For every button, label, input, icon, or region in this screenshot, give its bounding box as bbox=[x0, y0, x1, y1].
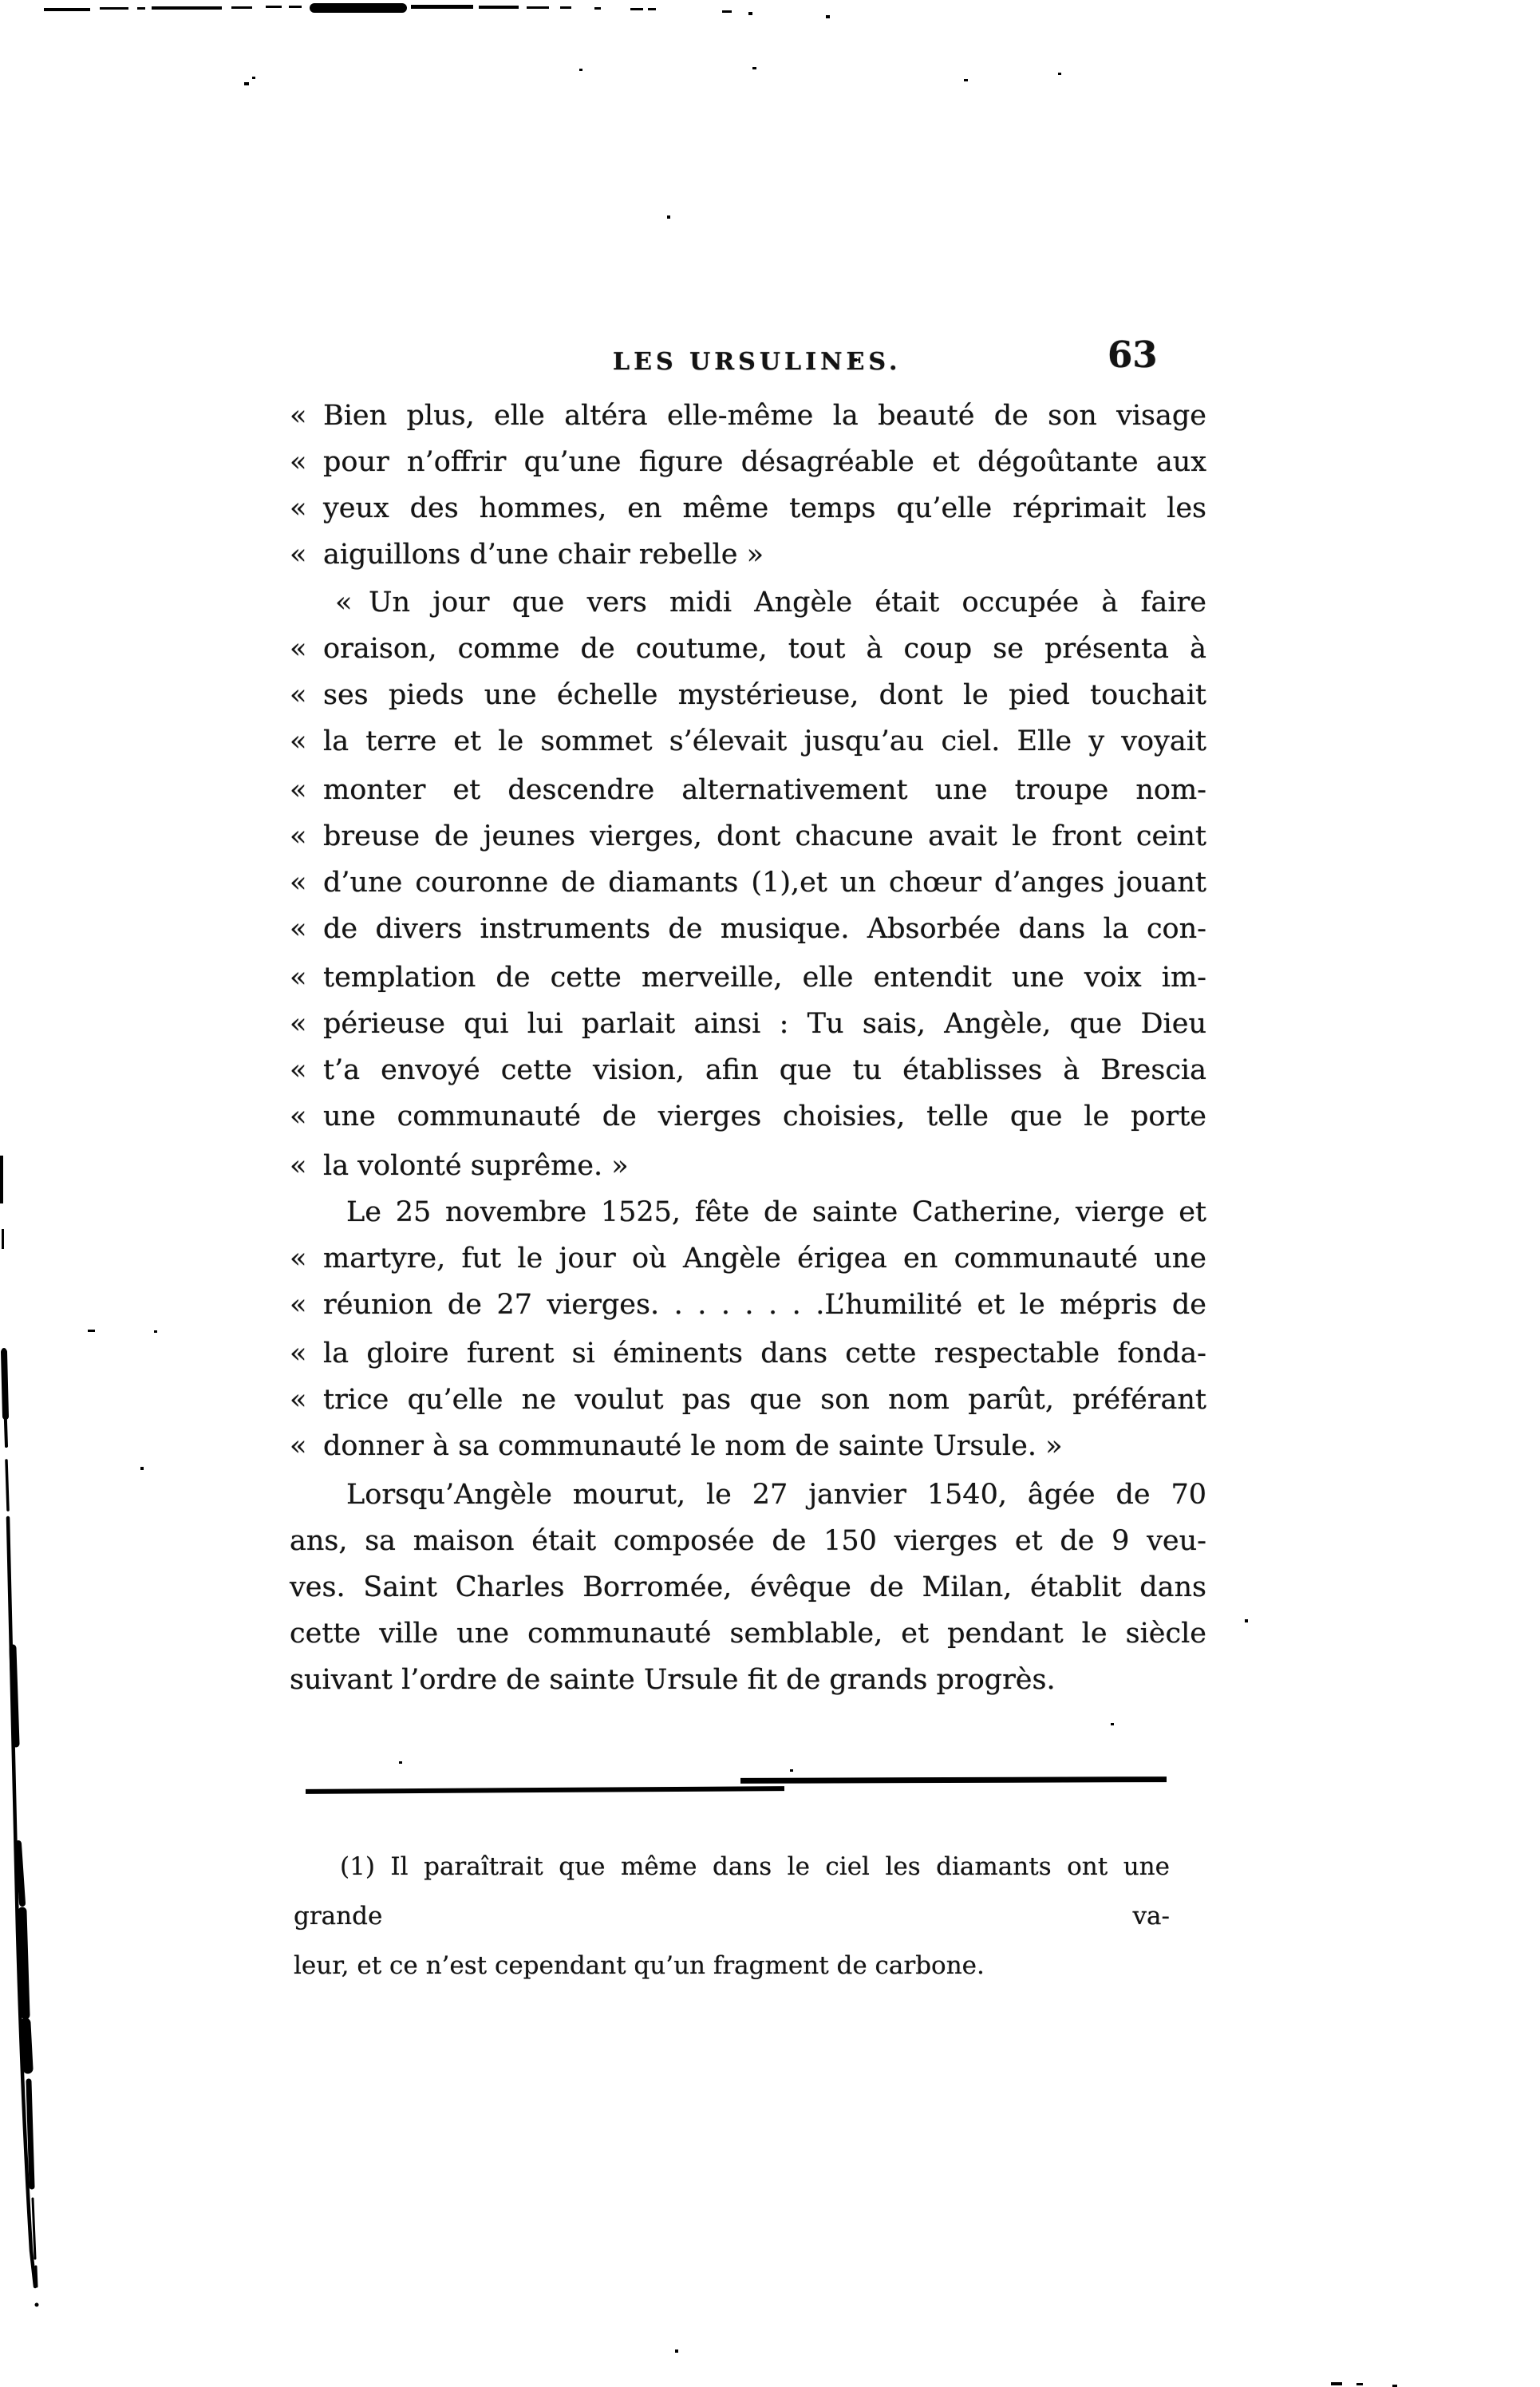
text-line: «donner à sa communauté le nom de sainte… bbox=[290, 1427, 1206, 1465]
line-text: templation de cette merveille, elle ente… bbox=[323, 958, 1206, 997]
scan-artifact bbox=[579, 69, 582, 71]
text-line: «d’une couronne de diamants (1),et un ch… bbox=[290, 864, 1206, 902]
footnote-line: leur, et ce n’est cependant qu’un fragme… bbox=[294, 1941, 1170, 1990]
quote-mark: « bbox=[290, 676, 323, 714]
quote-mark: « bbox=[290, 958, 323, 997]
scan-artifact bbox=[2, 1229, 4, 1249]
scan-artifact bbox=[479, 6, 519, 9]
scan-artifact bbox=[100, 7, 128, 10]
scan-artifact bbox=[1245, 1619, 1248, 1622]
quote-mark: « bbox=[290, 535, 323, 574]
line-text: martyre, fut le jour où Angèle érigea en… bbox=[323, 1239, 1206, 1278]
text-line: «oraison, comme de coutume, tout à coup … bbox=[290, 630, 1206, 668]
text-line: «breuse de jeunes vierges, dont chacune … bbox=[290, 817, 1206, 856]
line-text: oraison, comme de coutume, tout à coup s… bbox=[323, 630, 1206, 668]
line-text: Le 25 novembre 1525, fête de sainte Cath… bbox=[346, 1193, 1206, 1231]
scan-artifact bbox=[88, 1330, 95, 1332]
scan-artifact bbox=[854, 358, 857, 362]
scan-artifact bbox=[667, 215, 670, 219]
text-line: Lorsqu’Angèle mourut, le 27 janvier 1540… bbox=[346, 1476, 1206, 1514]
text-line: «la gloire furent si éminents dans cette… bbox=[290, 1334, 1206, 1373]
scan-artifact bbox=[826, 15, 830, 18]
scan-artifact bbox=[790, 1769, 793, 1772]
line-text: réunion de 27 vierges. . . . . . . .L’hu… bbox=[323, 1286, 1206, 1324]
text-line: «trice qu’elle ne voulut pas que son nom… bbox=[290, 1381, 1206, 1419]
line-text: d’une couronne de diamants (1),et un chœ… bbox=[323, 864, 1206, 902]
text-line: «Bien plus, elle altéra elle-même la bea… bbox=[290, 397, 1206, 435]
text-line: ans, sa maison était composée de 150 vie… bbox=[290, 1522, 1206, 1560]
scan-artifact bbox=[748, 12, 752, 15]
scan-artifact bbox=[411, 5, 473, 9]
quote-mark: « bbox=[290, 910, 323, 948]
quote-mark: « bbox=[290, 1427, 323, 1465]
scan-artifact bbox=[1111, 1723, 1114, 1725]
text-line: cette ville une communauté semblable, et… bbox=[290, 1614, 1206, 1653]
scan-artifact bbox=[722, 10, 732, 13]
text-line: «la terre et le sommet s’élevait jusqu’a… bbox=[290, 722, 1206, 761]
line-text: Lorsqu’Angèle mourut, le 27 janvier 1540… bbox=[346, 1476, 1206, 1514]
footnote-separator bbox=[740, 1776, 1167, 1784]
quote-mark: « bbox=[290, 1097, 323, 1136]
scan-artifact bbox=[648, 8, 656, 10]
scan-artifact bbox=[44, 8, 90, 11]
text-line: «ses pieds une échelle mystérieuse, dont… bbox=[290, 676, 1206, 714]
text-line: «périeuse qui lui parlait ainsi : Tu sai… bbox=[290, 1005, 1206, 1043]
scan-artifact bbox=[752, 67, 756, 69]
scan-artifact bbox=[560, 6, 571, 9]
quote-mark: « bbox=[290, 443, 323, 481]
scan-artifact bbox=[266, 6, 282, 8]
scan-artifact bbox=[964, 79, 968, 81]
scan-artifact bbox=[137, 7, 145, 10]
line-text: aiguillons d’une chair rebelle » bbox=[323, 535, 1206, 574]
line-text: trice qu’elle ne voulut pas que son nom … bbox=[323, 1381, 1206, 1419]
text-line: «yeux des hommes, en même temps qu’elle … bbox=[290, 489, 1206, 528]
text-line: «pour n’offrir qu’une figure désagréable… bbox=[290, 443, 1206, 481]
text-line: «la volonté suprême. » bbox=[290, 1147, 1206, 1185]
text-line: ves. Saint Charles Borromée, évêque de M… bbox=[290, 1568, 1206, 1606]
line-text: yeux des hommes, en même temps qu’elle r… bbox=[323, 489, 1206, 528]
line-text: périeuse qui lui parlait ainsi : Tu sais… bbox=[323, 1005, 1206, 1043]
line-text: de divers instruments de musique. Absorb… bbox=[323, 910, 1206, 948]
scan-artifact bbox=[252, 77, 255, 79]
quote-mark: « bbox=[290, 771, 323, 809]
line-text: la terre et le sommet s’élevait jusqu’au… bbox=[323, 722, 1206, 761]
scan-artifact bbox=[1331, 2382, 1342, 2385]
footnote-line: (1) Il paraîtrait que même dans le ciel … bbox=[294, 1842, 1170, 1941]
scanned-book-page: LES URSULINES. 63 «Bien plus, elle altér… bbox=[0, 0, 1540, 2387]
line-text: la gloire furent si éminents dans cette … bbox=[323, 1334, 1206, 1373]
line-text: la volonté suprême. » bbox=[323, 1147, 1206, 1185]
line-text: t’a envoyé cette vision, afin que tu éta… bbox=[323, 1051, 1206, 1089]
quote-mark: « bbox=[290, 1147, 323, 1185]
text-line: «monter et descendre alternativement une… bbox=[290, 771, 1206, 809]
text-line: «Un jour que vers midi Angèle était occu… bbox=[335, 583, 1206, 622]
scan-artifact bbox=[675, 2349, 678, 2353]
text-line: suivant l’ordre de sainte Ursule fit de … bbox=[290, 1661, 1206, 1699]
text-line: «templation de cette merveille, elle ent… bbox=[290, 958, 1206, 997]
quote-mark: « bbox=[290, 864, 323, 902]
scan-artifact bbox=[527, 6, 549, 9]
quote-mark: « bbox=[290, 397, 323, 435]
scan-artifact bbox=[244, 82, 249, 85]
quote-mark: « bbox=[290, 1334, 323, 1373]
running-title: LES URSULINES. bbox=[613, 348, 901, 376]
line-text: Bien plus, elle altéra elle-même la beau… bbox=[323, 397, 1206, 435]
quote-mark: « bbox=[290, 1239, 323, 1278]
line-text: cette ville une communauté semblable, et… bbox=[290, 1614, 1206, 1653]
text-line: «une communauté de vierges choisies, tel… bbox=[290, 1097, 1206, 1136]
text-line: «martyre, fut le jour où Angèle érigea e… bbox=[290, 1239, 1206, 1278]
quote-mark: « bbox=[290, 1051, 323, 1089]
footnote-separator bbox=[306, 1786, 784, 1794]
footnote: (1) Il paraîtrait que même dans le ciel … bbox=[294, 1842, 1170, 1990]
scan-artifact bbox=[1356, 2383, 1363, 2385]
text-line: «t’a envoyé cette vision, afin que tu ét… bbox=[290, 1051, 1206, 1089]
scan-artifact bbox=[140, 1467, 144, 1470]
line-text: donner à sa communauté le nom de sainte … bbox=[323, 1427, 1206, 1465]
scan-artifact bbox=[1058, 73, 1061, 75]
quote-mark: « bbox=[290, 630, 323, 668]
quote-mark: « bbox=[290, 489, 323, 528]
text-line: «réunion de 27 vierges. . . . . . . .L’h… bbox=[290, 1286, 1206, 1324]
scan-artifact bbox=[154, 1330, 157, 1333]
text-line: «de divers instruments de musique. Absor… bbox=[290, 910, 1206, 948]
line-text: pour n’offrir qu’une figure désagréable … bbox=[323, 443, 1206, 481]
scan-artifact bbox=[0, 1156, 3, 1203]
scan-artifact-left-edge bbox=[0, 1341, 48, 2322]
line-text: breuse de jeunes vierges, dont chacune a… bbox=[323, 817, 1206, 856]
line-text: une communauté de vierges choisies, tell… bbox=[323, 1097, 1206, 1136]
line-text: ses pieds une échelle mystérieuse, dont … bbox=[323, 676, 1206, 714]
scan-artifact bbox=[594, 7, 601, 10]
text-line: «aiguillons d’une chair rebelle » bbox=[290, 535, 1206, 574]
line-text: ans, sa maison était composée de 150 vie… bbox=[290, 1522, 1206, 1560]
scan-artifact bbox=[289, 6, 302, 8]
quote-mark: « bbox=[290, 1005, 323, 1043]
line-text: Un jour que vers midi Angèle était occup… bbox=[369, 583, 1206, 622]
scan-artifact bbox=[152, 6, 222, 10]
page-number: 63 bbox=[1108, 334, 1158, 376]
line-text: ves. Saint Charles Borromée, évêque de M… bbox=[290, 1568, 1206, 1606]
scan-artifact bbox=[399, 1761, 402, 1764]
quote-mark: « bbox=[290, 722, 323, 761]
quote-mark: « bbox=[290, 817, 323, 856]
line-text: monter et descendre alternativement une … bbox=[323, 771, 1206, 809]
scan-artifact bbox=[231, 6, 252, 9]
scan-artifact bbox=[310, 3, 407, 13]
quote-mark: « bbox=[335, 583, 369, 622]
scan-artifact bbox=[630, 8, 643, 10]
quote-mark: « bbox=[290, 1381, 323, 1419]
line-text: suivant l’ordre de sainte Ursule fit de … bbox=[290, 1661, 1206, 1699]
text-line: Le 25 novembre 1525, fête de sainte Cath… bbox=[346, 1193, 1206, 1231]
quote-mark: « bbox=[290, 1286, 323, 1324]
